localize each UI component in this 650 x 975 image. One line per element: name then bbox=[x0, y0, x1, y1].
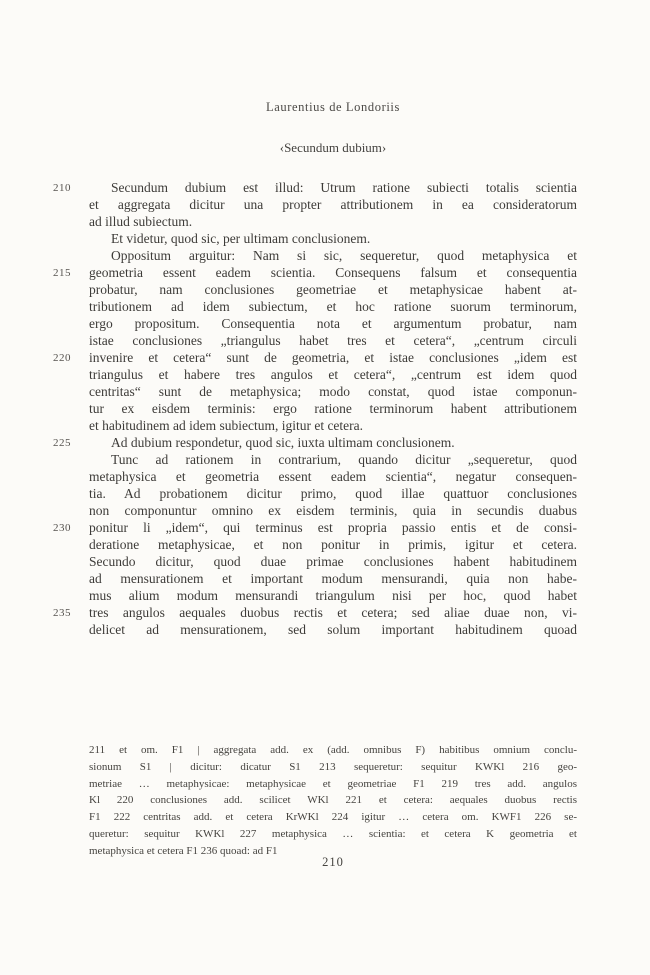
running-header: Laurentius de Londoriis bbox=[89, 100, 577, 115]
line-text: delicet ad mensurationem, sed solum impo… bbox=[89, 622, 577, 637]
body-line: et aggregata dicitur una propter attribu… bbox=[89, 196, 577, 213]
body-line: deratione metaphysicae, et non ponitur i… bbox=[89, 536, 577, 553]
body-line: ad illud subiectum. bbox=[89, 213, 577, 230]
line-text: Secundum dubium est illud: Utrum ratione… bbox=[111, 180, 577, 195]
line-text: triangulus et habere tres angulos et cet… bbox=[89, 367, 577, 382]
body-line: mus alium modum mensurandi triangulum ni… bbox=[89, 587, 577, 604]
line-text: Oppositum arguitur: Nam si sic, sequeret… bbox=[111, 248, 577, 263]
apparatus-line: F1 222 centritas add. et cetera KrWKl 22… bbox=[89, 809, 577, 826]
body-line: tur ex eisdem terminis: ergo ratione ter… bbox=[89, 400, 577, 417]
line-text: et aggregata dicitur una propter attribu… bbox=[89, 197, 577, 212]
line-number: 220 bbox=[53, 350, 79, 367]
body-text: 210Secundum dubium est illud: Utrum rati… bbox=[89, 179, 577, 638]
body-line: centritas“ sunt de metaphysica; modo con… bbox=[89, 383, 577, 400]
body-line: triangulus et habere tres angulos et cet… bbox=[89, 366, 577, 383]
body-line: metaphysica et geometria essent eadem sc… bbox=[89, 468, 577, 485]
body-line: ad mensurationem et important modum mens… bbox=[89, 570, 577, 587]
body-line: 230ponitur li „idem“, qui terminus est p… bbox=[89, 519, 577, 536]
apparatus-line: queretur: sequitur KWKl 227 metaphysica … bbox=[89, 826, 577, 843]
line-number: 235 bbox=[53, 605, 79, 622]
body-line: 215geometria essent eadem scientia. Cons… bbox=[89, 264, 577, 281]
section-title: ‹Secundum dubium› bbox=[89, 140, 577, 156]
book-page: Laurentius de Londoriis ‹Secundum dubium… bbox=[0, 0, 650, 975]
line-text: ponitur li „idem“, qui terminus est prop… bbox=[89, 520, 577, 535]
line-text: tributionem ad idem subiectum, et hoc ra… bbox=[89, 299, 577, 314]
line-text: geometria essent eadem scientia. Consequ… bbox=[89, 265, 577, 280]
line-text: tia. Ad probationem dicitur primo, quod … bbox=[89, 486, 577, 501]
line-number: 210 bbox=[53, 180, 79, 197]
body-line: 220invenire et cetera“ sunt de geometria… bbox=[89, 349, 577, 366]
line-text: deratione metaphysicae, et non ponitur i… bbox=[89, 537, 577, 552]
line-text: ad illud subiectum. bbox=[89, 214, 192, 229]
line-number: 225 bbox=[53, 435, 79, 452]
apparatus-line: metriae … metaphysicae: metaphysicae et … bbox=[89, 776, 577, 793]
body-line: ergo propositum. Consequentia nota et ar… bbox=[89, 315, 577, 332]
body-line: istae conclusiones „triangulus habet tre… bbox=[89, 332, 577, 349]
line-text: mus alium modum mensurandi triangulum ni… bbox=[89, 588, 577, 603]
line-text: ergo propositum. Consequentia nota et ar… bbox=[89, 316, 577, 331]
line-text: istae conclusiones „triangulus habet tre… bbox=[89, 333, 577, 348]
line-text: metaphysica et geometria essent eadem sc… bbox=[89, 469, 577, 484]
line-text: et habitudinem ad idem subiectum, igitur… bbox=[89, 418, 363, 433]
apparatus-line: Kl 220 conclusiones add. scilicet WKl 22… bbox=[89, 792, 577, 809]
body-line: Tunc ad rationem in contrarium, quando d… bbox=[89, 451, 577, 468]
line-number: 230 bbox=[53, 520, 79, 537]
line-text: tur ex eisdem terminis: ergo ratione ter… bbox=[89, 401, 577, 416]
line-number: 215 bbox=[53, 265, 79, 282]
line-text: Et videtur, quod sic, per ultimam conclu… bbox=[111, 231, 370, 246]
apparatus-line: sionum S1 | dicitur: dicatur S1 213 sequ… bbox=[89, 759, 577, 776]
body-line: Et videtur, quod sic, per ultimam conclu… bbox=[89, 230, 577, 247]
body-line: et habitudinem ad idem subiectum, igitur… bbox=[89, 417, 577, 434]
body-line: 235tres angulos aequales duobus rectis e… bbox=[89, 604, 577, 621]
line-text: tres angulos aequales duobus rectis et c… bbox=[89, 605, 577, 620]
line-text: invenire et cetera“ sunt de geometria, e… bbox=[89, 350, 577, 365]
line-text: Ad dubium respondetur, quod sic, iuxta u… bbox=[111, 435, 455, 450]
page-number: 210 bbox=[89, 855, 577, 870]
body-line: 210Secundum dubium est illud: Utrum rati… bbox=[89, 179, 577, 196]
critical-apparatus: 211 et om. F1 | aggregata add. ex (add. … bbox=[89, 742, 577, 860]
apparatus-line: 211 et om. F1 | aggregata add. ex (add. … bbox=[89, 742, 577, 759]
line-text: Secundo dicitur, quod duae primae conclu… bbox=[89, 554, 577, 569]
line-text: Tunc ad rationem in contrarium, quando d… bbox=[111, 452, 577, 467]
body-line: Secundo dicitur, quod duae primae conclu… bbox=[89, 553, 577, 570]
body-line: non componuntur omnino ex eisdem termini… bbox=[89, 502, 577, 519]
line-text: probatur, nam conclusiones geometriae et… bbox=[89, 282, 577, 297]
body-line: Oppositum arguitur: Nam si sic, sequeret… bbox=[89, 247, 577, 264]
body-line: tia. Ad probationem dicitur primo, quod … bbox=[89, 485, 577, 502]
line-text: ad mensurationem et important modum mens… bbox=[89, 571, 577, 586]
line-text: centritas“ sunt de metaphysica; modo con… bbox=[89, 384, 577, 399]
body-line: delicet ad mensurationem, sed solum impo… bbox=[89, 621, 577, 638]
body-line: tributionem ad idem subiectum, et hoc ra… bbox=[89, 298, 577, 315]
line-text: non componuntur omnino ex eisdem termini… bbox=[89, 503, 577, 518]
body-line: probatur, nam conclusiones geometriae et… bbox=[89, 281, 577, 298]
body-line: 225Ad dubium respondetur, quod sic, iuxt… bbox=[89, 434, 577, 451]
